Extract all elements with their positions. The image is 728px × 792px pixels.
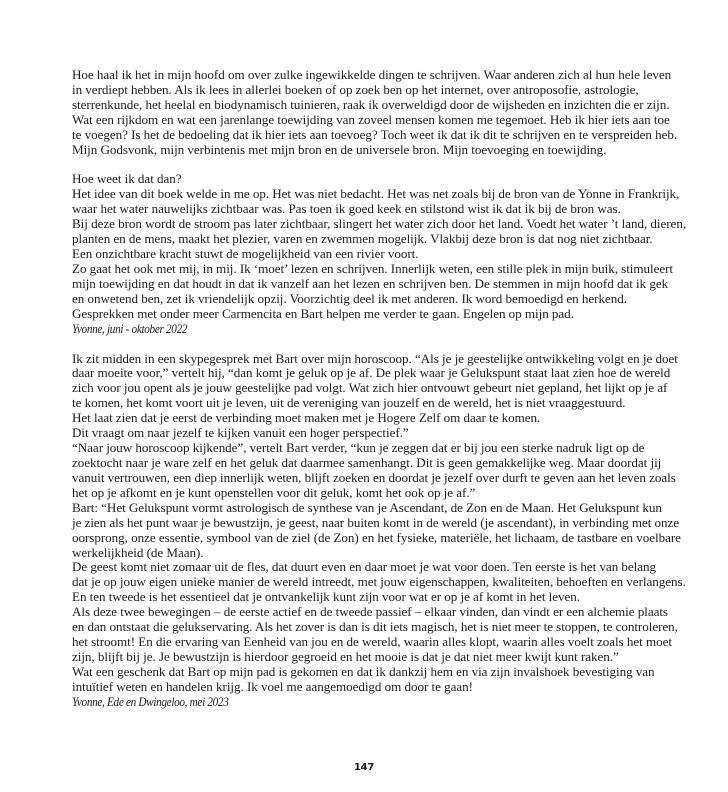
text-line: mijn toewijding en dat houdt in dat ik v…: [72, 277, 662, 292]
text-line: En ten tweede is het essentieel dat je o…: [72, 590, 662, 605]
text-line: planten en de mens, maakt het plezier, v…: [72, 232, 662, 247]
text-line: het stroomt! En die ervaring van Eenheid…: [72, 635, 662, 650]
text-line: Het laat zien dat je eerst de verbinding…: [72, 411, 662, 426]
text-line: Ik zit midden in een skypegesprek met Ba…: [72, 352, 662, 367]
text-line: Als deze twee bewegingen – de eerste act…: [72, 605, 662, 620]
text-line: waar het water nauwelijks zichtbaar was.…: [72, 202, 662, 217]
text-line: “Naar jouw horoscoop kijkende”, vertelt …: [72, 441, 662, 456]
text-line: oorsprong, onze essentie, symbool van de…: [72, 531, 662, 546]
text-line: vanuit vertrouwen, een diep innerlijk we…: [72, 471, 662, 486]
page-number: 147: [0, 762, 728, 773]
text-line: te voegen? Is het de bedoeling dat ik hi…: [72, 128, 662, 143]
text-line: Zo gaat het ook met mij, in mij. Ik ‘moe…: [72, 262, 662, 277]
text-line: werkelijkheid (de Maan).: [72, 546, 662, 561]
text-line: Wat een rijkdom en wat een jarenlange to…: [72, 113, 662, 128]
paragraph-spacer: [72, 158, 662, 173]
text-line: je zien als het punt waar je bewustzijn,…: [72, 516, 662, 531]
text-line: zoektocht naar je ware zelf en het geluk…: [72, 456, 662, 471]
text-line: en onwetend ben, zet ik vriendelijk opzi…: [72, 292, 662, 307]
signature: Yvonne, juni - oktober 2022: [72, 322, 615, 337]
text-line: daar moeite voor,” vertelt hij, “dan kom…: [72, 366, 662, 381]
text-line: Gesprekken met onder meer Carmencita en …: [72, 307, 662, 322]
text-line: Een onzichtbare kracht stuwt de mogelijk…: [72, 247, 662, 262]
text-line: intuïtief weten en handelen krijg. Ik vo…: [72, 680, 662, 695]
paragraph-spacer: [72, 337, 662, 352]
text-line: en dan ontstaat die gelukservaring. Als …: [72, 620, 662, 635]
text-line: Bart: “Het Gelukspunt vormt astrologisch…: [72, 501, 662, 516]
text-line: Mijn Godsvonk, mijn verbintenis met mijn…: [72, 143, 662, 158]
section-horoscoop: Ik zit midden in een skypegesprek met Ba…: [72, 352, 662, 710]
section-hoe-weet-ik: Hoe weet ik dat dan? Het idee van dit bo…: [72, 172, 662, 336]
signature: Yvonne, Ede en Dwingeloo, mei 2023: [72, 695, 615, 710]
text-line: in verdiept hebben. Als ik lees in aller…: [72, 83, 662, 98]
text-line: dat je op jouw eigen unieke manier de we…: [72, 575, 662, 590]
text-line: Wat een geschenk dat Bart op mijn pad is…: [72, 665, 662, 680]
text-line: Bij deze bron wordt de stroom pas later …: [72, 217, 662, 232]
body-text: Hoe haal ik het in mijn hoofd om over zu…: [72, 68, 662, 710]
text-line: te komen, het komt voort uit je leven, u…: [72, 396, 662, 411]
text-line: Het idee van dit boek welde in me op. He…: [72, 187, 662, 202]
text-line: het op je afkomt en je kunt openstellen …: [72, 486, 662, 501]
text-line: zich voor jou opent als je jouw geesteli…: [72, 381, 662, 396]
section-intro: Hoe haal ik het in mijn hoofd om over zu…: [72, 68, 662, 158]
text-line: sterrenkunde, het heelal en biodynamisch…: [72, 98, 662, 113]
section-heading: Hoe weet ik dat dan?: [72, 172, 662, 187]
text-line: Hoe haal ik het in mijn hoofd om over zu…: [72, 68, 662, 83]
text-line: Dit vraagt om naar jezelf te kijken vanu…: [72, 426, 662, 441]
text-line: De geest komt niet zomaar uit de fles, d…: [72, 560, 662, 575]
document-page: Hoe haal ik het in mijn hoofd om over zu…: [0, 0, 728, 792]
text-line: zijn, blijft bij je. Je bewustzijn is hi…: [72, 650, 662, 665]
